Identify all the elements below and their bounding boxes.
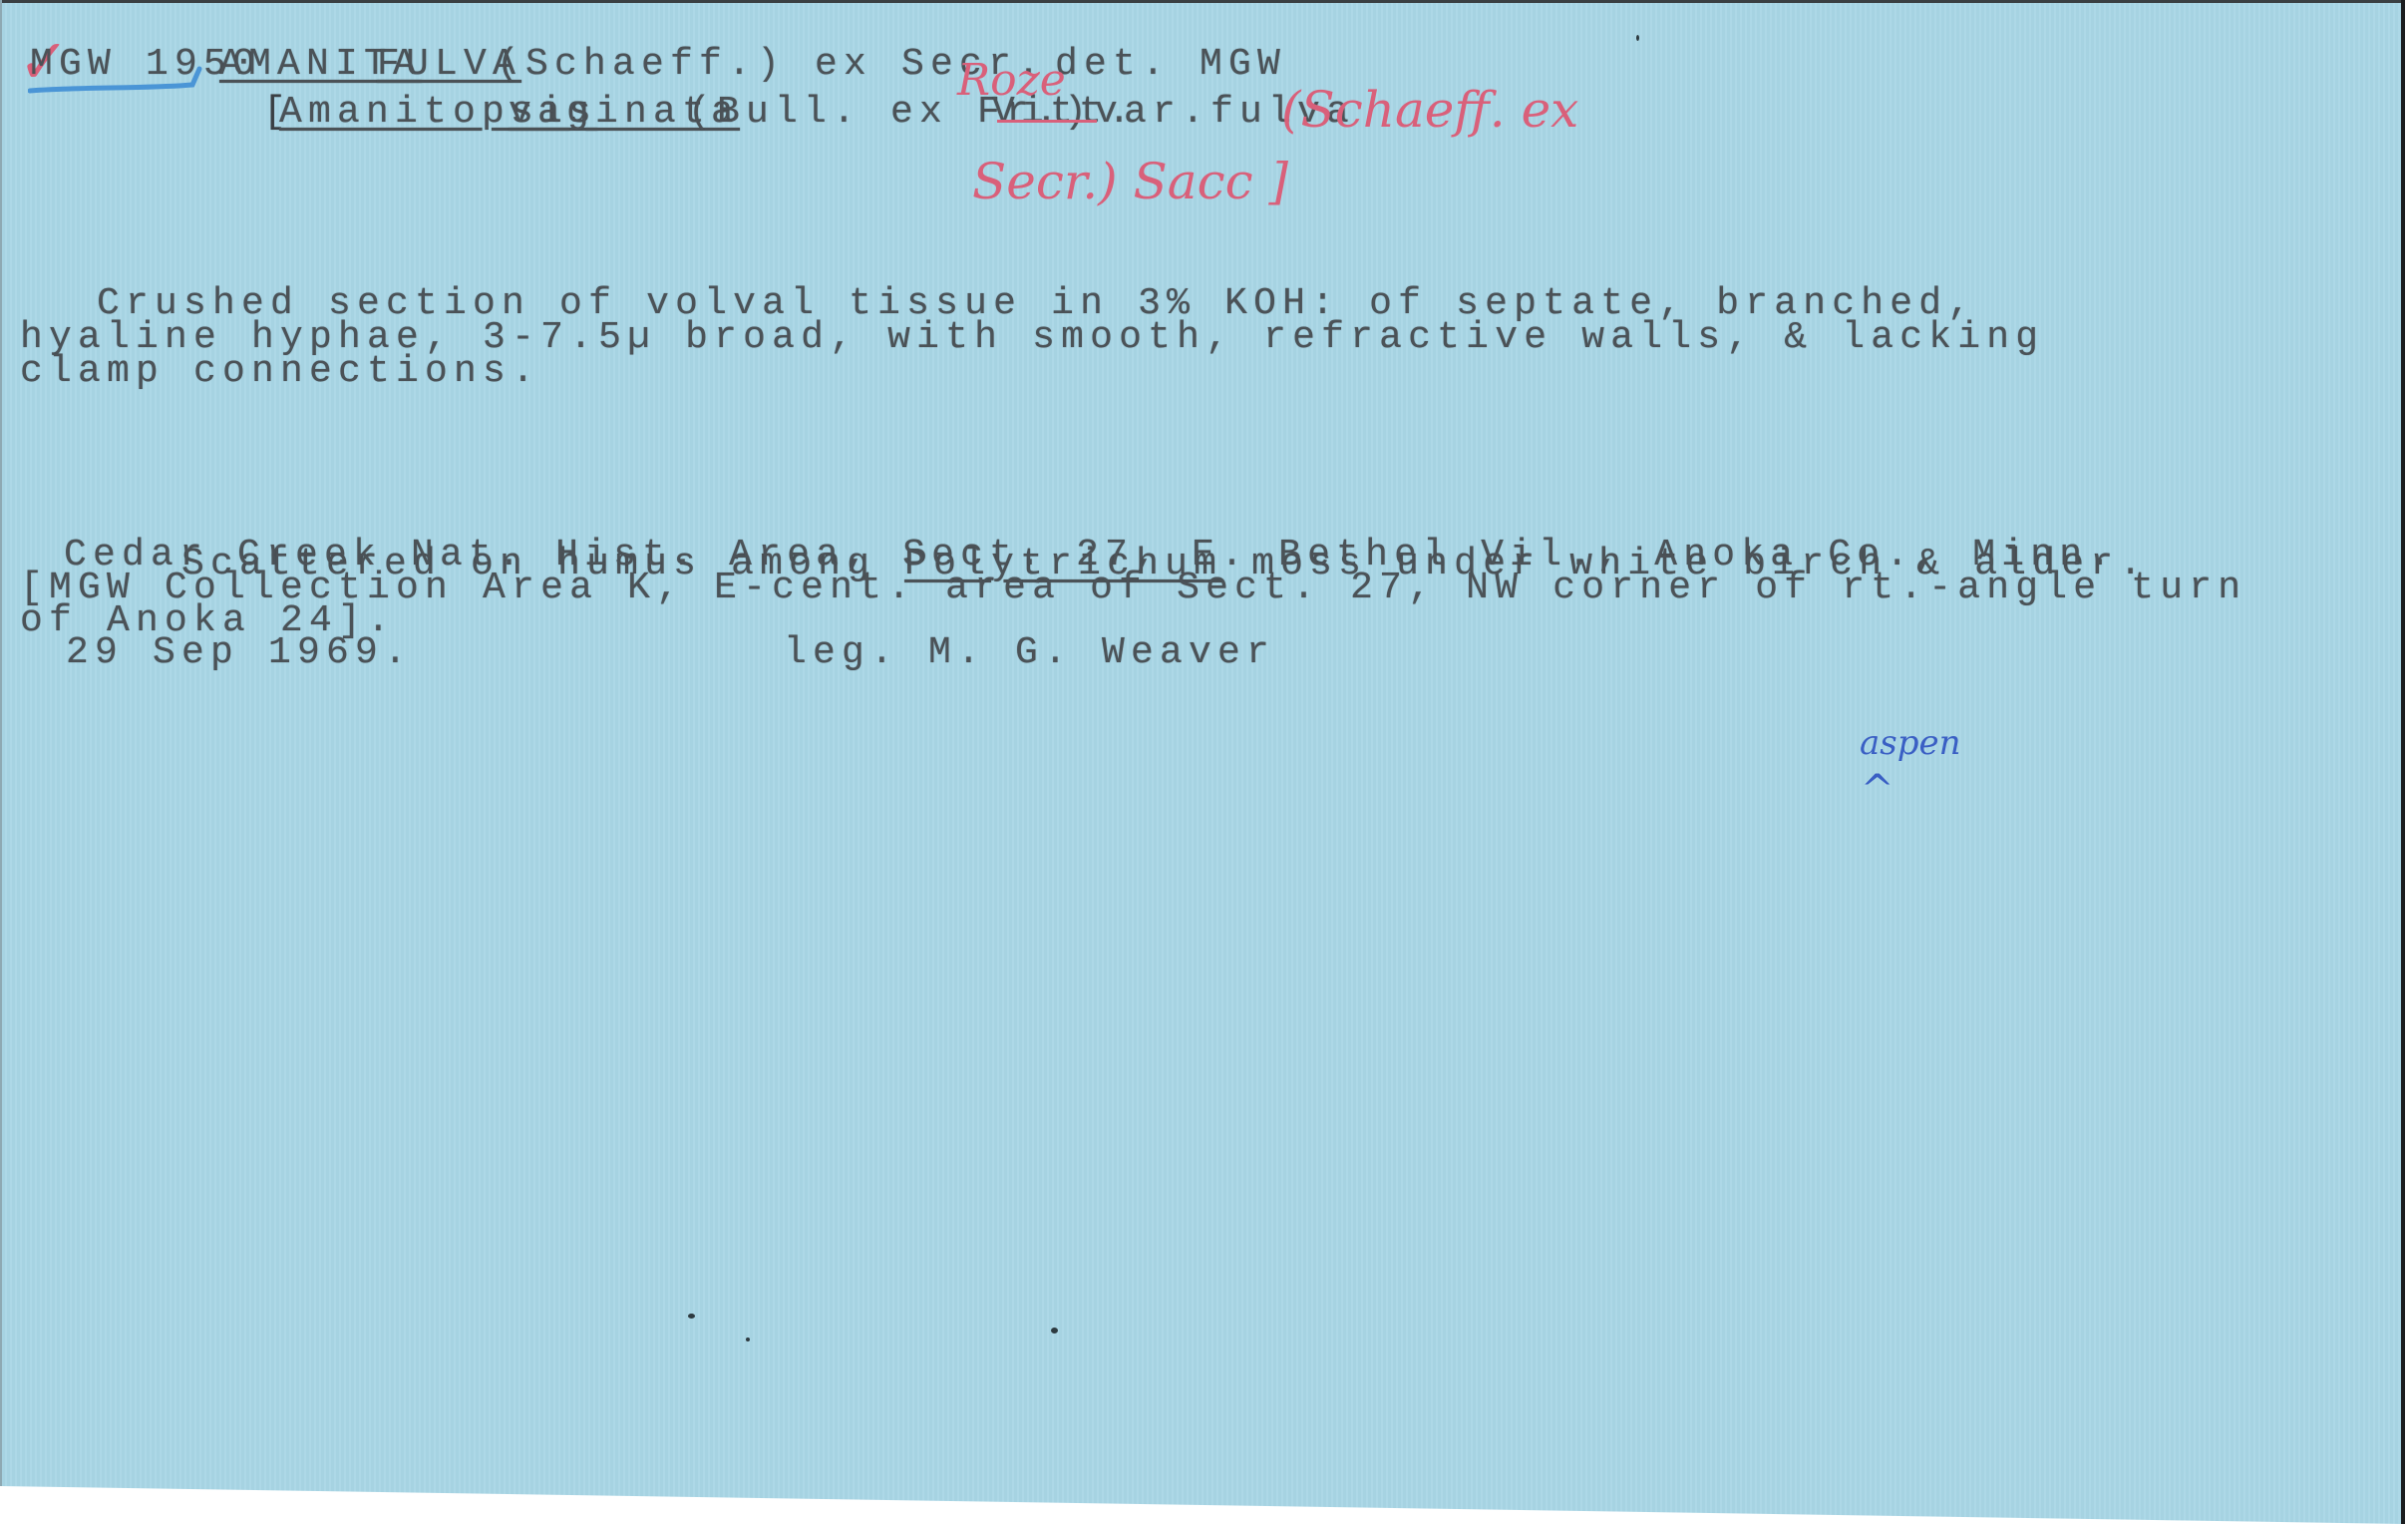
determiner: det. MGW	[1055, 43, 1286, 86]
handwritten-authority-line1: (Schaeff. ex	[1281, 81, 1578, 139]
collection-date: 29 Sep 1969.	[66, 631, 413, 674]
microscopy-line-3: clamp connections.	[20, 350, 540, 393]
paper-speck	[1051, 1328, 1058, 1333]
strikethrough-line	[997, 120, 1097, 123]
insertion-caret-icon: ^	[1861, 767, 1894, 813]
paper-speck	[688, 1314, 695, 1319]
handwritten-author-correction: Roze	[957, 55, 1066, 106]
paper-speck	[1636, 35, 1639, 41]
paper-speck	[746, 1337, 750, 1341]
blue-underline-mark	[28, 63, 202, 99]
collector: leg. M. G. Weaver	[784, 631, 1275, 674]
handwritten-authority-line2: Secr.) Sacc ]	[972, 153, 1288, 210]
handwritten-insertion-word: aspen	[1860, 723, 1961, 763]
card-right-edge	[2401, 0, 2405, 1524]
herbarium-card: ✓ MGW 1950 AMANITA FULVA (Schaeff.) ex S…	[0, 0, 2403, 1524]
card-left-edge	[0, 0, 2, 1486]
